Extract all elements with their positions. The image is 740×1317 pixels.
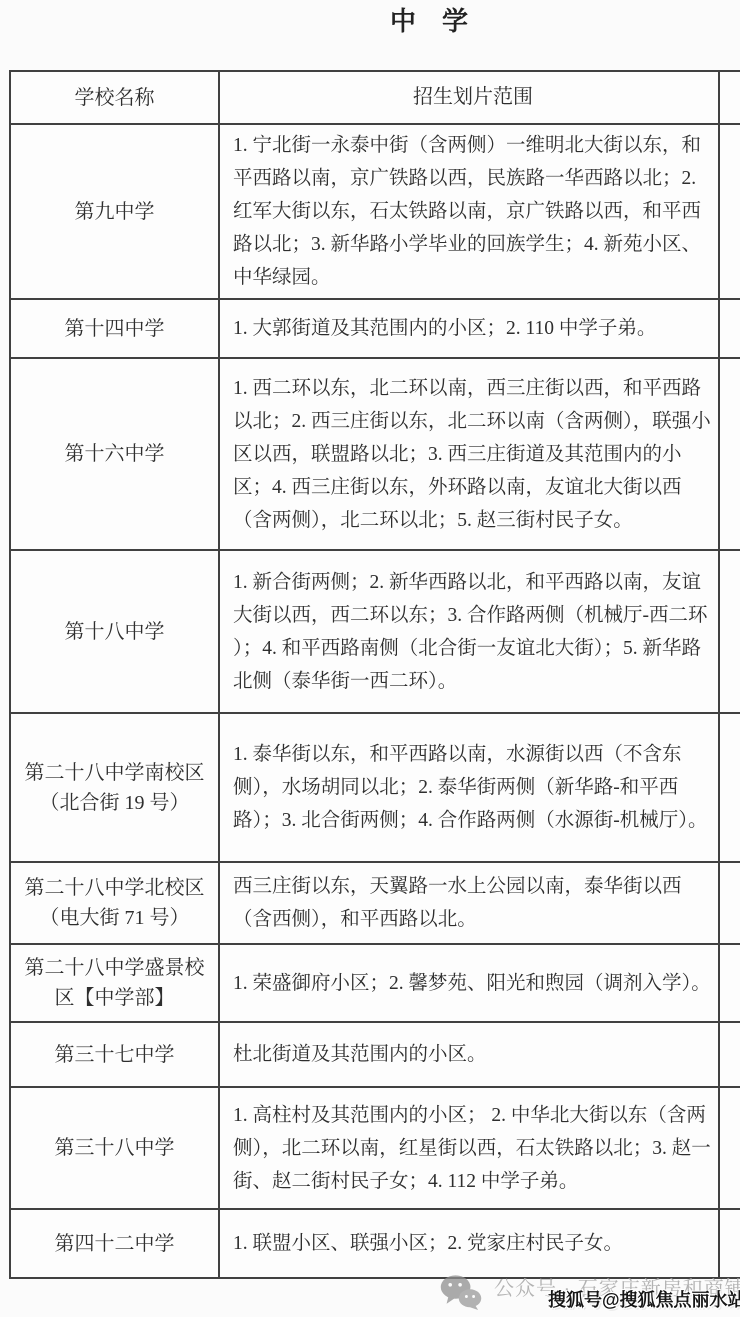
table-cell-cutoff [719, 550, 740, 713]
range-cell: 1. 泰华街以东，和平西路以南，水源街以西（不含东侧），水场胡同以北；2. 泰华… [219, 713, 719, 862]
table-cell-cutoff [719, 124, 740, 299]
table-cell-cutoff [719, 1022, 740, 1087]
table-cell-cutoff [719, 299, 740, 358]
table-cell-cutoff [719, 713, 740, 862]
table-cell-cutoff [719, 944, 740, 1022]
range-cell: 杜北街道及其范围内的小区。 [219, 1022, 719, 1087]
school-name-cell: 第十四中学 [10, 299, 219, 358]
wechat-icon [438, 1274, 484, 1310]
school-name-cell: 第二十八中学南校区（北合街 19 号） [10, 713, 219, 862]
table-row: 第十八中学 1. 新合街两侧；2. 新华西路以北，和平西路以南，友谊大街以西，西… [10, 550, 740, 713]
school-name-cell: 第三十八中学 [10, 1087, 219, 1209]
table-cell-cutoff [719, 358, 740, 550]
table-row: 第九中学 1. 宁北街一永泰中街（含两侧）一维明北大街以东，和平西路以南，京广铁… [10, 124, 740, 299]
school-district-table: 学校名称 招生划片范围 第九中学 1. 宁北街一永泰中街（含两侧）一维明北大街以… [9, 70, 740, 1279]
table-row: 第十四中学 1. 大郭街道及其范围内的小区；2. 110 中学子弟。 [10, 299, 740, 358]
header-range: 招生划片范围 [219, 71, 719, 124]
table-cell-cutoff [719, 71, 740, 124]
page-title: 中 学 [390, 1, 468, 38]
table-row: 第二十八中学盛景校区【中学部】 1. 荣盛御府小区；2. 馨梦苑、阳光和煦园（调… [10, 944, 740, 1022]
table-header-row: 学校名称 招生划片范围 [10, 71, 740, 124]
table-row: 第三十八中学 1. 高柱村及其范围内的小区； 2. 中华北大街以东（含两侧），北… [10, 1087, 740, 1209]
table-cell-cutoff [719, 1209, 740, 1278]
table-row: 第二十八中学南校区（北合街 19 号） 1. 泰华街以东，和平西路以南，水源街以… [10, 713, 740, 862]
school-name-cell: 第十六中学 [10, 358, 219, 550]
header-school-name: 学校名称 [10, 71, 219, 124]
range-cell: 1. 宁北街一永泰中街（含两侧）一维明北大街以东，和平西路以南，京广铁路以西，民… [219, 124, 719, 299]
table-cell-cutoff [719, 862, 740, 944]
school-name-cell: 第四十二中学 [10, 1209, 219, 1278]
school-name-cell: 第十八中学 [10, 550, 219, 713]
range-cell: 西三庄街以东，天翼路一水上公园以南，泰华街以西（含西侧），和平西路以北。 [219, 862, 719, 944]
school-name-cell: 第三十七中学 [10, 1022, 219, 1087]
table-row: 第三十七中学 杜北街道及其范围内的小区。 [10, 1022, 740, 1087]
range-cell: 1. 新合街两侧；2. 新华西路以北，和平西路以南，友谊大街以西，西二环以东；3… [219, 550, 719, 713]
table-row: 第十六中学 1. 西二环以东，北二环以南，西三庄街以西，和平西路以北；2. 西三… [10, 358, 740, 550]
table-cell-cutoff [719, 1087, 740, 1209]
range-cell: 1. 高柱村及其范围内的小区； 2. 中华北大街以东（含两侧），北二环以南，红星… [219, 1087, 719, 1209]
table-row: 第四十二中学 1. 联盟小区、联强小区；2. 党家庄村民子女。 [10, 1209, 740, 1278]
range-cell: 1. 荣盛御府小区；2. 馨梦苑、阳光和煦园（调剂入学）。 [219, 944, 719, 1022]
school-name-cell: 第二十八中学北校区（电大街 71 号） [10, 862, 219, 944]
school-name-cell: 第九中学 [10, 124, 219, 299]
school-name-cell: 第二十八中学盛景校区【中学部】 [10, 944, 219, 1022]
range-cell: 1. 西二环以东，北二环以南，西三庄街以西，和平西路以北；2. 西三庄街以东，北… [219, 358, 719, 550]
range-cell: 1. 大郭街道及其范围内的小区；2. 110 中学子弟。 [219, 299, 719, 358]
table-row: 第二十八中学北校区（电大街 71 号） 西三庄街以东，天翼路一水上公园以南，泰华… [10, 862, 740, 944]
sohu-watermark-text: 搜狐号@搜狐焦点丽水站 [548, 1286, 740, 1312]
range-cell: 1. 联盟小区、联强小区；2. 党家庄村民子女。 [219, 1209, 719, 1278]
